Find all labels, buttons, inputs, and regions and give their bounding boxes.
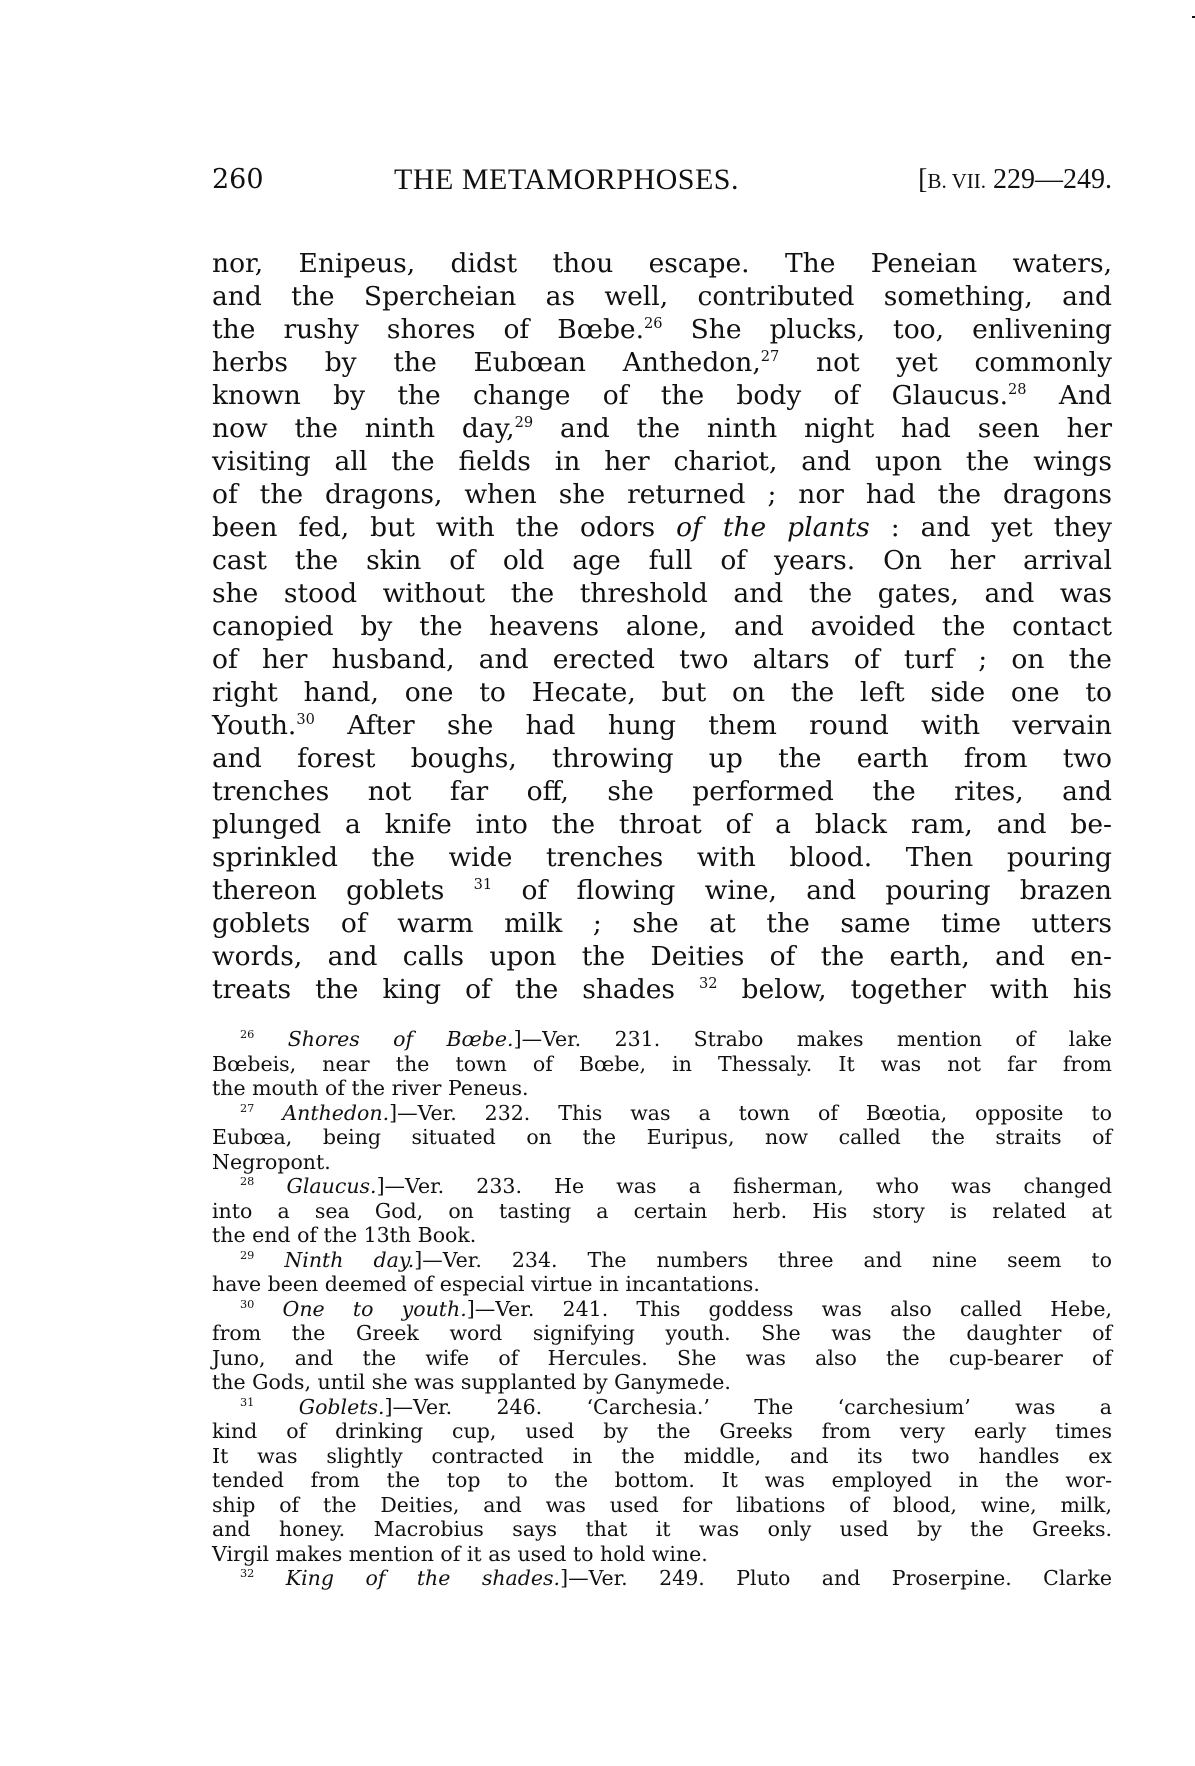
- section-reference: [B. VII. 229—249.: [918, 160, 1112, 201]
- body-line-21: goblets of warm milk ; she at the same t…: [212, 907, 1112, 940]
- footnote-line: Juno, and the wife of Hercules. She was …: [212, 1346, 1112, 1371]
- footnote-line: Bœbeis, near the town of Bœbe, in Thessa…: [212, 1052, 1112, 1077]
- footnote-line: kind of drinking cup, used by the Greeks…: [212, 1419, 1112, 1444]
- section-ref-book: B. VII.: [927, 169, 986, 193]
- footnote-ref-29[interactable]: 29: [515, 414, 534, 431]
- footnote-number: 30: [240, 1298, 254, 1311]
- footnote-number: 27: [240, 1102, 254, 1115]
- body-line-23: treats the king of the shades 32 below, …: [212, 973, 1112, 1006]
- footnote-line: ship of the Deities, and was used for li…: [212, 1493, 1112, 1518]
- footnote-line: the end of the 13th Book.: [212, 1223, 1112, 1248]
- footnote-number: 26: [240, 1028, 254, 1041]
- footnote-number: 28: [240, 1175, 254, 1188]
- body-line-10: cast the skin of old age full of years. …: [212, 544, 1112, 577]
- footnote-line: into a sea God, on tasting a certain her…: [212, 1199, 1112, 1224]
- footnote-number: 32: [240, 1567, 254, 1580]
- footnote-line: tended from the top to the bottom. It wa…: [212, 1468, 1112, 1493]
- footnote-31: 31 Goblets.]—Ver. 246. ‘Carchesia.’ The …: [212, 1395, 1112, 1420]
- body-line-19: sprinkled the wide trenches with blood. …: [212, 841, 1112, 874]
- footnote-ref-27[interactable]: 27: [761, 348, 780, 365]
- body-line-5: known by the change of the body of Glauc…: [212, 379, 1112, 412]
- footnote-30: 30 One to youth.]—Ver. 241. This goddess…: [212, 1297, 1112, 1322]
- footnote-ref-32[interactable]: 32: [699, 975, 718, 992]
- footnote-line: Negropont.: [212, 1150, 1112, 1175]
- body-line-4: herbs by the Eubœan Anthedon,27 not yet …: [212, 346, 1112, 379]
- footnote-26: 26 Shores of Bœbe.]—Ver. 231. Strabo mak…: [212, 1027, 1112, 1052]
- footnote-line: and honey. Macrobius says that it was on…: [212, 1517, 1112, 1542]
- running-head: 260 THE METAMORPHOSES. [B. VII. 229—249.: [212, 160, 1112, 200]
- body-line-18: plunged a knife into the throat of a bla…: [212, 808, 1112, 841]
- footnote-line: the mouth of the river Peneus.: [212, 1076, 1112, 1101]
- body-line-15: Youth.30 After she had hung them round w…: [212, 709, 1112, 742]
- footnote-line: from the Greek word signifying youth. Sh…: [212, 1321, 1112, 1346]
- body-text: nor, Enipeus, didst thou escape. The Pen…: [212, 247, 1112, 1006]
- body-line-12: canopied by the heavens alone, and avoid…: [212, 610, 1112, 643]
- page-number: 260: [212, 160, 264, 200]
- footnotes: 26 Shores of Bœbe.]—Ver. 231. Strabo mak…: [212, 1027, 1112, 1591]
- footnote-line: the Gods, until she was supplanted by Ga…: [212, 1370, 1112, 1395]
- body-line-2: and the Spercheian as well, contributed …: [212, 280, 1112, 313]
- section-ref-verses: 229—249.: [993, 164, 1112, 195]
- footnote-29: 29 Ninth day.]—Ver. 234. The numbers thr…: [212, 1248, 1112, 1273]
- body-line-6: now the ninth day,29 and the ninth night…: [212, 412, 1112, 445]
- footnote-number: 29: [240, 1249, 254, 1262]
- body-line-14: right hand, one to Hecate, but on the le…: [212, 676, 1112, 709]
- footnote-ref-28[interactable]: 28: [1008, 381, 1027, 398]
- body-line-16: and forest boughs, throwing up the earth…: [212, 742, 1112, 775]
- footnote-line: Eubœa, being situated on the Euripus, no…: [212, 1125, 1112, 1150]
- body-line-8: of the dragons, when she returned ; nor …: [212, 478, 1112, 511]
- body-line-20: thereon goblets 31 of flowing wine, and …: [212, 874, 1112, 907]
- footnote-ref-31[interactable]: 31: [474, 876, 493, 893]
- footnote-ref-30[interactable]: 30: [296, 711, 315, 728]
- footnote-number: 31: [240, 1396, 254, 1409]
- footnote-32: 32 King of the shades.]—Ver. 249. Pluto …: [212, 1566, 1112, 1591]
- body-line-9: been fed, but with the odors of the plan…: [212, 511, 1112, 544]
- footnote-ref-26[interactable]: 26: [644, 315, 663, 332]
- footnote-27: 27 Anthedon.]—Ver. 232. This was a town …: [212, 1101, 1112, 1126]
- book-title: THE METAMORPHOSES.: [394, 160, 739, 200]
- footnote-line: have been deemed of especial virtue in i…: [212, 1272, 1112, 1297]
- body-line-22: words, and calls upon the Deities of the…: [212, 940, 1112, 973]
- italic-phrase: of the plants: [676, 512, 870, 543]
- body-line-11: she stood without the threshold and the …: [212, 577, 1112, 610]
- footnote-28: 28 Glaucus.]—Ver. 233. He was a fisherma…: [212, 1174, 1112, 1199]
- body-line-13: of her husband, and erected two altars o…: [212, 643, 1112, 676]
- body-line-1: nor, Enipeus, didst thou escape. The Pen…: [212, 247, 1112, 280]
- body-line-17: trenches not far off, she performed the …: [212, 775, 1112, 808]
- footnote-line: Virgil makes mention of it as used to ho…: [212, 1542, 1112, 1567]
- body-line-7: visiting all the fields in her chariot, …: [212, 445, 1112, 478]
- body-line-3: the rushy shores of Bœbe.26 She plucks, …: [212, 313, 1112, 346]
- footnote-line: It was slightly contracted in the middle…: [212, 1444, 1112, 1469]
